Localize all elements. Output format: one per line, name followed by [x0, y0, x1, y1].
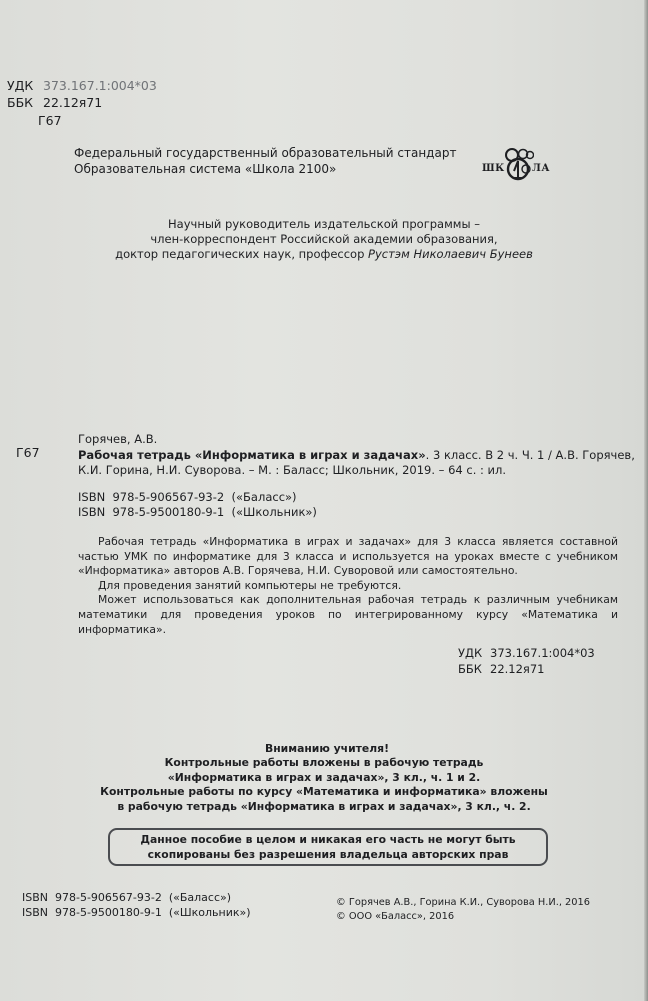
supervisor-title: доктор педагогических наук, профессор — [115, 247, 368, 261]
udk-label-right: УДК — [458, 646, 490, 662]
page-edge-shadow — [644, 0, 648, 1001]
udk-value-right: 373.167.1:004*03 — [490, 646, 595, 660]
record-title: Рабочая тетрадь «Информатика в играх и з… — [78, 448, 426, 462]
record-isbn-2: ISBN 978-5-9500180-9-1 («Школьник») — [78, 505, 317, 520]
udk-row: УДК373.167.1:004*03 — [7, 77, 157, 94]
scientific-supervisor: Научный руководитель издательской програ… — [0, 217, 648, 262]
annotation-paragraph-2: Для проведения занятий компьютеры не тре… — [78, 579, 618, 594]
standard-line-2: Образовательная система «Школа 2100» — [74, 162, 456, 178]
footer-isbn-list: ISBN 978-5-906567-93-2 («Баласс») ISBN 9… — [22, 891, 251, 920]
bbk-label: ББК — [7, 94, 43, 111]
copyright-publisher: © ООО «Баласс», 2016 — [336, 910, 590, 924]
warning-line-2: скопированы без разрешения владельца авт… — [110, 847, 546, 862]
bbk-row: ББК22.12я71 — [7, 94, 157, 111]
school-2100-logo: ШК ЛА — [480, 147, 562, 183]
annotation-paragraph-3: Может использоваться как дополнительная … — [78, 593, 618, 637]
warning-line-1: Данное пособие в целом и никакая его час… — [110, 832, 546, 847]
copyright-warning-box: Данное пособие в целом и никакая его час… — [108, 828, 548, 866]
school-2100-logo-icon — [504, 147, 534, 183]
copyright-notice: © Горячев А.В., Горина К.И., Суворова Н.… — [336, 896, 590, 924]
copyright-authors: © Горячев А.В., Горина К.И., Суворова Н.… — [336, 896, 590, 910]
record-author: Горячев, А.В. — [78, 432, 635, 448]
record-isbn-list: ISBN 978-5-906567-93-2 («Баласс») ISBN 9… — [78, 490, 317, 520]
book-imprint-page: УДК373.167.1:004*03 ББК22.12я71 Г67 Феде… — [0, 0, 648, 1001]
education-standard: Федеральный государственный образователь… — [74, 146, 456, 177]
standard-line-1: Федеральный государственный образователь… — [74, 146, 456, 162]
logo-right-text: ЛА — [532, 163, 550, 174]
notice-line-3: Контрольные работы по курсу «Математика … — [0, 785, 648, 799]
record-line-2: К.И. Горина, Н.И. Суворова. – М. : Балас… — [78, 463, 635, 479]
footer-isbn-1: ISBN 978-5-906567-93-2 («Баласс») — [22, 891, 251, 906]
bbk-row-right: ББК22.12я71 — [458, 662, 595, 678]
supervisor-name: Рустэм Николаевич Бунеев — [368, 247, 533, 261]
udk-value: 373.167.1:004*03 — [43, 78, 157, 93]
notice-heading: Вниманию учителя! — [0, 742, 648, 756]
classification-top: УДК373.167.1:004*03 ББК22.12я71 — [7, 77, 157, 111]
udk-label: УДК — [7, 77, 43, 94]
record-isbn-1: ISBN 978-5-906567-93-2 («Баласс») — [78, 490, 317, 505]
bbk-value-right: 22.12я71 — [490, 662, 544, 676]
annotation-paragraph-1: Рабочая тетрадь «Информатика в играх и з… — [78, 535, 618, 579]
notice-line-2: «Информатика в играх и задачах», 3 кл., … — [0, 771, 648, 785]
author-mark-top: Г67 — [38, 113, 62, 128]
teacher-notice: Вниманию учителя! Контрольные работы вло… — [0, 742, 648, 814]
footer-isbn-2: ISBN 978-5-9500180-9-1 («Школьник») — [22, 906, 251, 921]
notice-line-1: Контрольные работы вложены в рабочую тет… — [0, 756, 648, 770]
record-line-1: Рабочая тетрадь «Информатика в играх и з… — [78, 448, 635, 464]
supervisor-line-2: член-корреспондент Российской академии о… — [0, 232, 648, 247]
logo-left-text: ШК — [482, 163, 505, 174]
bbk-value: 22.12я71 — [43, 95, 102, 110]
bbk-label-right: ББК — [458, 662, 490, 678]
udk-row-right: УДК373.167.1:004*03 — [458, 646, 595, 662]
record-details: . 3 класс. В 2 ч. Ч. 1 / А.В. Горячев, — [426, 448, 635, 462]
bibliographic-record: Горячев, А.В. Рабочая тетрадь «Информати… — [78, 432, 635, 479]
classification-right: УДК373.167.1:004*03 ББК22.12я71 — [458, 646, 595, 677]
author-mark-record: Г67 — [16, 445, 40, 460]
annotation: Рабочая тетрадь «Информатика в играх и з… — [78, 535, 618, 637]
supervisor-line-3: доктор педагогических наук, профессор Ру… — [0, 247, 648, 262]
supervisor-line-1: Научный руководитель издательской програ… — [0, 217, 648, 232]
notice-line-4: в рабочую тетрадь «Информатика в играх и… — [0, 800, 648, 814]
